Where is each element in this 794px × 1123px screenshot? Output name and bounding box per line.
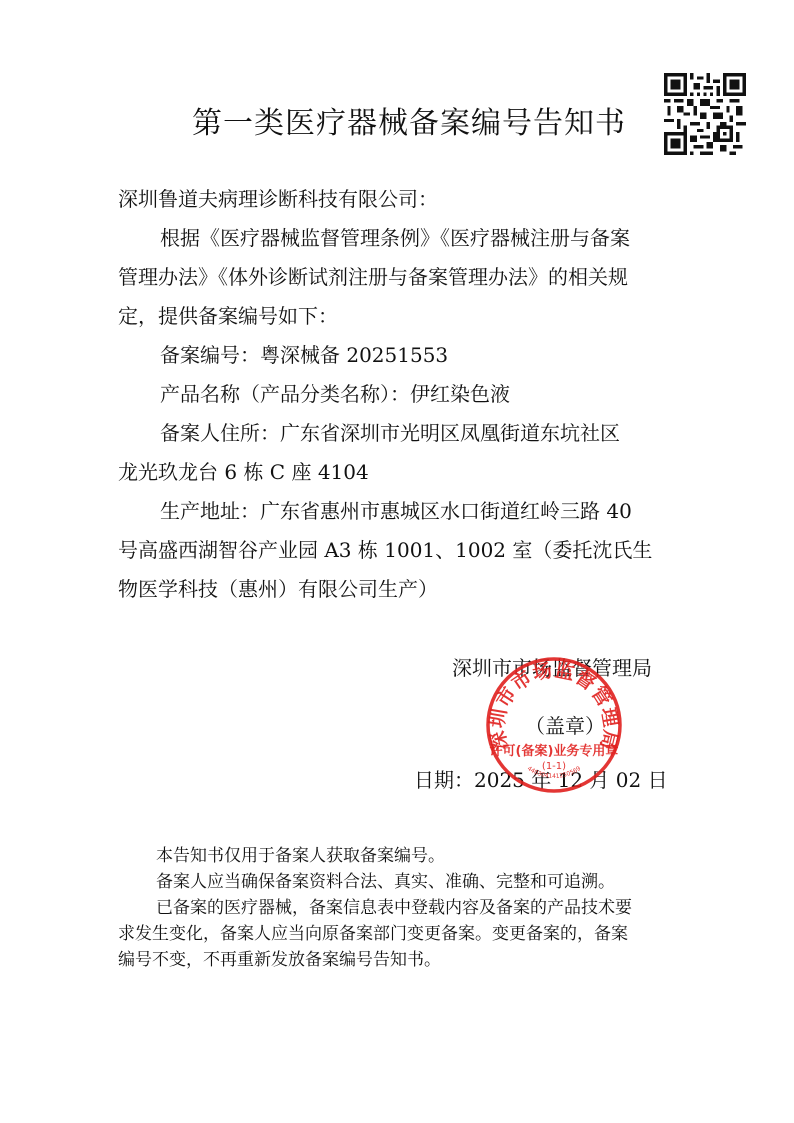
intro-line-2: 管理办法》《体外诊断试剂注册与备案管理办法》的相关规	[118, 258, 688, 297]
notes-section: 本告知书仅用于备案人获取备案编号。 备案人应当确保备案资料合法、真实、准确、完整…	[118, 843, 688, 973]
note-3-line-3: 编号不变，不再重新发放备案编号告知书。	[118, 947, 688, 973]
stamp-inner-text: 许可(备案)业务专用章	[490, 743, 619, 759]
intro-line-1: 根据《医疗器械监督管理条例》《医疗器械注册与备案	[118, 219, 688, 258]
intro-line-3: 定，提供备案编号如下：	[118, 297, 688, 336]
note-1: 本告知书仅用于备案人获取备案编号。	[118, 843, 688, 869]
letter-body: 深圳鲁道夫病理诊断科技有限公司： 根据《医疗器械监督管理条例》《医疗器械注册与备…	[118, 180, 688, 609]
issue-date: 日期：2025 年 12 月 02 日	[414, 764, 668, 793]
issuer: 深圳市市场监督管理局	[452, 652, 652, 681]
product-name: 产品名称（产品分类名称）：伊红染色液	[118, 375, 688, 414]
registrant-address-line-2: 龙光玖龙台 6 栋 C 座 4104	[118, 453, 688, 492]
production-address-line-1: 生产地址：广东省惠州市惠城区水口街道红岭三路 40	[118, 492, 688, 531]
note-3-line-2: 求发生变化，备案人应当向原备案部门变更备案。变更备案的，备案	[118, 921, 688, 947]
seal-note: （盖章）	[525, 710, 605, 739]
production-address-line-2: 号高盛西湖智谷产业园 A3 栋 1001、1002 室（委托沈氏生	[118, 531, 688, 570]
registrant-address-line-1: 备案人住所：广东省深圳市光明区凤凰街道东坑社区	[118, 414, 688, 453]
note-2: 备案人应当确保备案资料合法、真实、准确、完整和可追溯。	[118, 869, 688, 895]
note-3-line-1: 已备案的医疗器械，备案信息表中登载内容及备案的产品技术要	[118, 895, 688, 921]
filing-number: 备案编号：粤深械备 20251553	[118, 336, 688, 375]
qr-code-icon	[664, 72, 746, 156]
addressee: 深圳鲁道夫病理诊断科技有限公司：	[118, 180, 688, 219]
production-address-line-3: 物医学科技（惠州）有限公司生产）	[118, 570, 688, 609]
